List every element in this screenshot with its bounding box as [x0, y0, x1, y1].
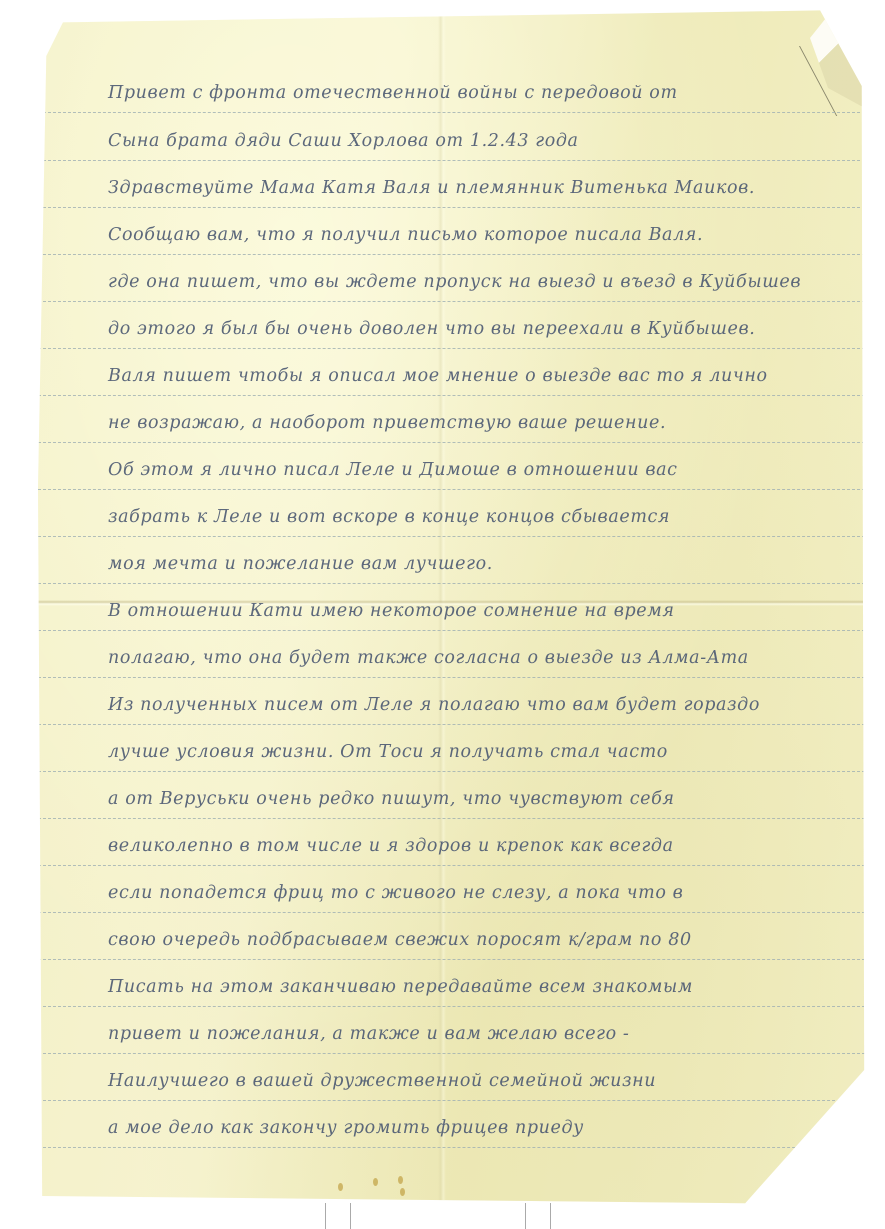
line-text: а мое дело как закончу громить фрицев пр…	[108, 1118, 584, 1138]
letter-line: а мое дело как закончу громить фрицев пр…	[108, 1078, 852, 1148]
letter-paper: Привет с фронта отечественной войны с пе…	[38, 8, 870, 1208]
ruled-line	[38, 1147, 870, 1148]
